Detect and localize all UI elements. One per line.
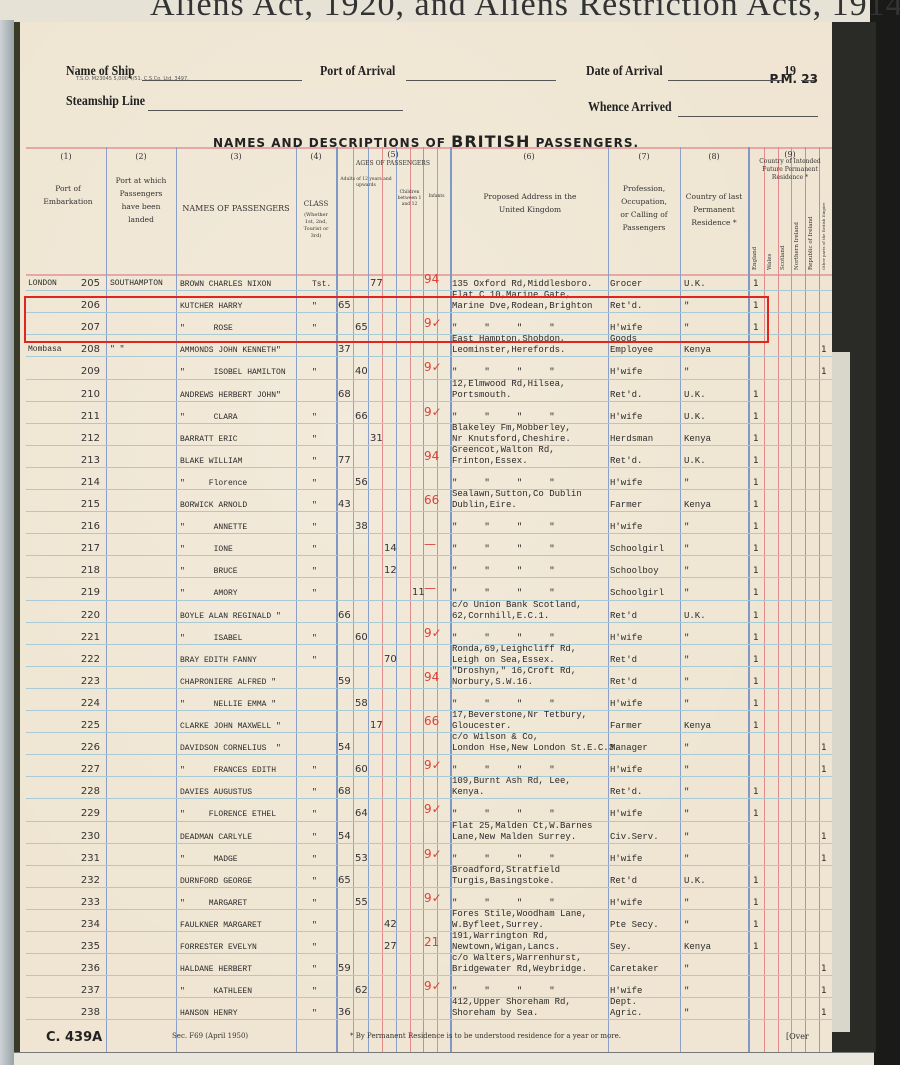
future-residence-mark: 1: [753, 500, 759, 510]
steamship-line-label: Steamship Line: [66, 94, 145, 110]
age-value: 66: [338, 610, 351, 621]
passenger-number: 208: [50, 344, 100, 355]
passenger-number: 212: [50, 433, 100, 444]
last-residence: ": [684, 743, 689, 753]
last-residence: ": [684, 655, 689, 665]
checker-annotation: 21: [424, 935, 439, 949]
class: ": [312, 810, 317, 819]
port-of-arrival-label: Port of Arrival: [320, 64, 395, 80]
table-row: 231" MADGE"53" " " "H'wife"19✓: [20, 845, 832, 867]
future-residence-mark: 1: [753, 809, 759, 819]
address-line-1: " " " ": [452, 699, 555, 709]
occupation: Ret'd: [610, 876, 637, 886]
address-line-2: Portsmouth.: [452, 390, 511, 401]
table-row: 236HALDANE HERBERT"59c/o Walters,Warrenh…: [20, 955, 832, 977]
age-value: 64: [355, 808, 368, 819]
checker-annotation: 94: [424, 272, 439, 286]
address-line-1: Blakeley Fm,Mobberley,: [452, 423, 571, 434]
future-residence-mark: 1: [753, 390, 759, 400]
passenger-name: CHAPRONIERE ALFRED ": [180, 678, 276, 687]
occupation-line-2: Agric.: [610, 1008, 642, 1018]
address-line-1: " " " ": [452, 898, 555, 908]
address-line-2: Turgis,Basingstoke.: [452, 876, 555, 887]
address-line-1: 412,Upper Shoreham Rd,: [452, 997, 571, 1008]
last-residence: ": [684, 964, 689, 974]
table-row: 237" KATHLEEN"62" " " "H'wife"19✓: [20, 977, 832, 999]
passenger-number: 218: [50, 565, 100, 576]
age-value: 55: [355, 897, 368, 908]
last-residence: Kenya: [684, 434, 711, 444]
col3-header: NAMES OF PASSENGERS: [176, 202, 296, 215]
occupation: H'wife: [610, 522, 642, 532]
passenger-number: 238: [50, 1007, 100, 1018]
future-residence-mark: 1: [753, 787, 759, 797]
future-residence-mark: 1: [821, 345, 827, 355]
col5-adults-header: Adults of 12 years and upwards: [338, 177, 394, 189]
col9-england: England: [752, 247, 758, 270]
binder-edge: [0, 20, 14, 1065]
address-line-1: c/o Walters,Warrenhurst,: [452, 953, 582, 964]
occupation: Sey.: [610, 942, 632, 952]
class: ": [312, 943, 317, 952]
whence-arrived-line: [678, 116, 818, 117]
year-line: [801, 80, 815, 81]
address-line-1: 135 Oxford Rd,Middlesboro.: [452, 279, 592, 289]
passenger-number: 232: [50, 875, 100, 886]
checker-annotation: 9✓: [424, 758, 442, 772]
address-line-1: " " " ": [452, 765, 555, 775]
age-value: 36: [338, 1007, 351, 1018]
address-line-1: " " " ": [452, 544, 555, 554]
passenger-name: DURNFORD GEORGE: [180, 877, 252, 886]
class: ": [312, 457, 317, 466]
passenger-name: BRAY EDITH FANNY: [180, 656, 257, 665]
passenger-name: BORWICK ARNOLD: [180, 501, 247, 510]
address-line-2: Nr Knutsford,Cheshire.: [452, 434, 571, 445]
passenger-name: " CLARA: [180, 413, 238, 422]
future-residence-mark: 1: [821, 1008, 827, 1018]
class: ": [312, 656, 317, 665]
passenger-name: " ISOBEL HAMILTON: [180, 368, 286, 377]
over-marker: [Over: [786, 1032, 809, 1041]
address-line-1: " " " ": [452, 478, 555, 488]
address-line-2: Lane,New Malden Surrey.: [452, 832, 576, 843]
passenger-name: AMMONDS JOHN KENNETH": [180, 346, 281, 355]
age-value: 68: [338, 389, 351, 400]
date-of-arrival-line: [668, 80, 782, 81]
passenger-number: 231: [50, 853, 100, 864]
passenger-name: ANDREWS HERBERT JOHN": [180, 391, 281, 400]
class: ": [312, 833, 317, 842]
last-residence: ": [684, 588, 689, 598]
table-row: 215BORWICK ARNOLD"43Sealawn,Sutton,Co Du…: [20, 491, 832, 513]
passenger-name: BLAKE WILLIAM: [180, 457, 242, 466]
address-line-1: 191,Warrington Rd,: [452, 931, 549, 942]
occupation: Pte Secy.: [610, 920, 659, 930]
address-line-2: W.Byfleet,Surrey.: [452, 920, 544, 931]
underlying-page: Aliens Act, 1920, and Aliens Restriction…: [0, 0, 870, 24]
last-residence: ": [684, 787, 689, 797]
col2-number: (2): [106, 152, 176, 161]
address-line-2: Frinton,Essex.: [452, 456, 528, 467]
col3-number: (3): [176, 152, 296, 161]
checker-annotation: 66: [424, 493, 439, 507]
future-residence-mark: 1: [753, 279, 759, 289]
address-line-2: Leigh on Sea,Essex.: [452, 655, 555, 666]
col5-infants-header: Infants: [423, 194, 450, 200]
table-row: 232DURNFORD GEORGE"65Broadford,Stratfiel…: [20, 867, 832, 889]
address-line-1: " " " ": [452, 986, 555, 996]
address-line-1: " " " ": [452, 854, 555, 864]
table-row: 220BOYLE ALAN REGINALD "66c/o Union Bank…: [20, 602, 832, 624]
address-line-1: Fores Stile,Woodham Lane,: [452, 909, 587, 920]
address-line-1: "Droshyn," 16,Croft Rd,: [452, 666, 576, 677]
address-line-1: Ronda,69,Leighcliff Rd,: [452, 644, 576, 655]
passenger-number: 234: [50, 919, 100, 930]
passenger-name: " FRANCES EDITH: [180, 766, 276, 775]
col8-number: (8): [680, 152, 748, 161]
passenger-number: 214: [50, 477, 100, 488]
passenger-number: 233: [50, 897, 100, 908]
table-row: 227" FRANCES EDITH"60" " " "H'wife"19✓: [20, 756, 832, 778]
occupation: H'wife: [610, 367, 642, 377]
table-row: 223CHAPRONIERE ALFRED "59"Droshyn," 16,C…: [20, 668, 832, 690]
passenger-name: DAVIDSON CORNELIUS ": [180, 744, 281, 753]
age-value: 43: [338, 499, 351, 510]
future-residence-mark: 1: [753, 434, 759, 444]
age-value: 37: [338, 344, 351, 355]
year-prefix: 19: [784, 64, 796, 80]
occupation: Herdsman: [610, 434, 653, 444]
port-landed: " ": [110, 345, 124, 354]
name-of-ship-line: [142, 80, 302, 81]
occupation: H'wife: [610, 478, 642, 488]
occupation: H'wife: [610, 898, 642, 908]
last-residence: Kenya: [684, 942, 711, 952]
last-residence: ": [684, 832, 689, 842]
age-value: 60: [355, 632, 368, 643]
future-residence-mark: 1: [753, 588, 759, 598]
future-residence-mark: 1: [753, 522, 759, 532]
occupation: Schoolboy: [610, 566, 659, 576]
last-residence: U.K.: [684, 279, 706, 289]
passenger-number: 209: [50, 366, 100, 377]
age-value: 65: [338, 875, 351, 886]
age-value: 14: [384, 543, 397, 554]
age-value: 54: [338, 742, 351, 753]
age-value: 68: [338, 786, 351, 797]
occupation: Farmer: [610, 500, 642, 510]
footnote: * By Permanent Residence is to be unders…: [350, 1032, 621, 1040]
steamship-line-line: [148, 110, 403, 111]
future-residence-mark: 1: [821, 367, 827, 377]
last-residence: Kenya: [684, 721, 711, 731]
table-row: 214" Florence"56" " " "H'wife"1: [20, 469, 832, 491]
table-row: 234FAULKNER MARGARET"42Fores Stile,Woodh…: [20, 911, 832, 933]
passenger-name: " Florence: [180, 479, 247, 488]
passenger-name: BOYLE ALAN REGINALD ": [180, 612, 281, 621]
passenger-name: " NELLIE EMMA ": [180, 700, 276, 709]
passenger-number: 216: [50, 521, 100, 532]
address-line-1: Greencot,Walton Rd,: [452, 445, 555, 456]
table-row: 218" BRUCE"12" " " "Schoolboy"1: [20, 557, 832, 579]
col4-number: (4): [296, 152, 336, 161]
class: ": [312, 479, 317, 488]
passenger-name: " ISABEL: [180, 634, 242, 643]
name-of-ship-label: Name of Ship: [66, 64, 135, 80]
age-value: 66: [355, 411, 368, 422]
passenger-name: " ANNETTE: [180, 523, 247, 532]
last-residence: ": [684, 765, 689, 775]
address-line-1: 109,Burnt Ash Rd, Lee,: [452, 776, 571, 787]
address-line-2: London Hse,New London St.E.C.3.: [452, 743, 619, 754]
table-row: 212BARRATT ERIC"31Blakeley Fm,Mobberley,…: [20, 425, 832, 447]
occupation: Farmer: [610, 721, 642, 731]
col8-header: Country of last Permanent Residence *: [682, 190, 746, 229]
table-row: 219" AMORY"11" " " "Schoolgirl"1—: [20, 579, 832, 601]
address-line-1: Flat 25,Malden Ct,W.Barnes: [452, 821, 592, 832]
checker-annotation: 9✓: [424, 979, 442, 993]
address-line-2: Bridgewater Rd,Weybridge.: [452, 964, 587, 975]
age-value: 40: [355, 366, 368, 377]
passenger-number: 221: [50, 632, 100, 643]
table-row: 216" ANNETTE"38" " " "H'wife"1: [20, 513, 832, 535]
table-row: 238HANSON HENRY"36412,Upper Shoreham Rd,…: [20, 999, 832, 1021]
passenger-number: 226: [50, 742, 100, 753]
passenger-number: 215: [50, 499, 100, 510]
address-line-2: Gloucester.: [452, 721, 511, 732]
address-line-1: Broadford,Stratfield: [452, 865, 560, 876]
future-residence-mark: 1: [753, 611, 759, 621]
passenger-number: 230: [50, 831, 100, 842]
occupation-line-1: Dept.: [610, 997, 637, 1007]
age-value: 54: [338, 831, 351, 842]
class: ": [312, 788, 317, 797]
class: ": [312, 855, 317, 864]
col9-northern-ireland: Northern Ireland: [794, 222, 800, 270]
occupation: Caretaker: [610, 964, 659, 974]
last-residence: ": [684, 566, 689, 576]
occupation: H'wife: [610, 854, 642, 864]
class: Tst.: [312, 280, 331, 289]
age-value: 56: [355, 477, 368, 488]
future-residence-mark: 1: [821, 832, 827, 842]
age-value: 31: [370, 433, 383, 444]
occupation: Grocer: [610, 279, 642, 289]
col9-republic-ireland: Republic of Ireland: [808, 216, 814, 270]
occupation: Schoolgirl: [610, 588, 664, 598]
class: ": [312, 368, 317, 377]
checker-annotation: 9✓: [424, 847, 442, 861]
last-residence: U.K.: [684, 876, 706, 886]
last-residence: ": [684, 522, 689, 532]
passenger-number: 224: [50, 698, 100, 709]
age-value: 77: [338, 455, 351, 466]
passenger-name: " BRUCE: [180, 567, 238, 576]
port-landed: SOUTHAMPTON: [110, 279, 163, 288]
last-residence: ": [684, 367, 689, 377]
address-line-2: Norbury,S.W.16.: [452, 677, 533, 688]
address-line-1: c/o Wilson & Co,: [452, 732, 538, 743]
passenger-number: 205: [50, 278, 100, 289]
passenger-name: HALDANE HERBERT: [180, 965, 252, 974]
table-row: 221" ISABEL"60" " " "H'wife"19✓: [20, 624, 832, 646]
occupation: Civ.Serv.: [610, 832, 659, 842]
col9-other-empire: Other parts of the British Empire: [821, 202, 826, 270]
occupation: Ret'd: [610, 655, 637, 665]
class: ": [312, 766, 317, 775]
last-residence: ": [684, 920, 689, 930]
age-value: 59: [338, 676, 351, 687]
age-value: 70: [384, 654, 397, 665]
last-residence: ": [684, 898, 689, 908]
age-value: 59: [338, 963, 351, 974]
passenger-number: 219: [50, 587, 100, 598]
col2-header: Port at which Passengers have been lande…: [112, 174, 170, 226]
address-line-2: Shoreham by Sea.: [452, 1008, 538, 1019]
address-line-1: 12,Elmwood Rd,Hilsea,: [452, 379, 565, 390]
col5-header: AGES OF PASSENGERS: [336, 159, 450, 168]
page-stack-edge: [832, 22, 876, 1052]
table-row: 213BLAKE WILLIAM"77Greencot,Walton Rd,Fr…: [20, 447, 832, 469]
address-line-2: Newtown,Wigan,Lancs.: [452, 942, 560, 953]
passenger-name: " MADGE: [180, 855, 238, 864]
col5-number: (5): [336, 150, 450, 159]
table-row: 229" FLORENCE ETHEL"64" " " "H'wife"19✓: [20, 800, 832, 822]
address-line-1: " " " ": [452, 566, 555, 576]
age-value: 17: [370, 720, 383, 731]
future-residence-mark: 1: [753, 898, 759, 908]
age-value: 38: [355, 521, 368, 532]
class: ": [312, 965, 317, 974]
table-row: 235FORRESTER EVELYN"27191,Warrington Rd,…: [20, 933, 832, 955]
passenger-name: DAVIES AUGUSTUS: [180, 788, 252, 797]
col1-header: Port of Embarkation: [40, 182, 96, 208]
passenger-number: 211: [50, 411, 100, 422]
future-residence-mark: 1: [753, 456, 759, 466]
last-residence: ": [684, 986, 689, 996]
col5-children-header: Children between 1 and 12: [396, 190, 423, 208]
age-value: 53: [355, 853, 368, 864]
address-line-1: c/o Union Bank Scotland,: [452, 600, 582, 611]
port-of-arrival-line: [406, 80, 556, 81]
passenger-number: 228: [50, 786, 100, 797]
passenger-name: FAULKNER MARGARET: [180, 921, 262, 930]
passenger-number: 210: [50, 389, 100, 400]
future-residence-mark: 1: [753, 655, 759, 665]
passenger-number: 237: [50, 985, 100, 996]
checker-annotation: 94: [424, 449, 439, 463]
table-row: LONDON205SOUTHAMPTONBROWN CHARLES NIXONT…: [20, 270, 832, 292]
last-residence: U.K.: [684, 611, 706, 621]
occupation: Ret'd: [610, 611, 637, 621]
occupation: Ret'd: [610, 677, 637, 687]
class: ": [312, 921, 317, 930]
checker-annotation: 66: [424, 714, 439, 728]
passenger-number: 229: [50, 808, 100, 819]
last-residence: ": [684, 633, 689, 643]
age-value: 42: [384, 919, 397, 930]
passenger-manifest-page: T.S.O. M23045 5,000 4/51. C.S.Co. Ltd. 3…: [20, 22, 832, 1052]
form-section: Sec. F69 (April 1950): [172, 1032, 248, 1040]
occupation-line-2: Employee: [610, 345, 653, 355]
occupation: H'wife: [610, 765, 642, 775]
occupation: Ret'd.: [610, 456, 642, 466]
table-row: 233" MARGARET"55" " " "H'wife"19✓: [20, 889, 832, 911]
address-line-1: Sealawn,Sutton,Co Dublin: [452, 489, 582, 500]
last-residence: U.K.: [684, 456, 706, 466]
class: ": [312, 987, 317, 996]
col1-number: (1): [26, 152, 106, 161]
checker-annotation: 94: [424, 670, 439, 684]
occupation: Schoolgirl: [610, 544, 664, 554]
occupation: H'wife: [610, 809, 642, 819]
table-row: 217" IONE"14" " " "Schoolgirl"1—: [20, 535, 832, 557]
highlight-box-rows-206-207: [24, 296, 769, 343]
table-row: 222BRAY EDITH FANNY"70Ronda,69,Leighclif…: [20, 646, 832, 668]
class: ": [312, 523, 317, 532]
occupation: Manager: [610, 743, 648, 753]
occupation: Ret'd.: [610, 787, 642, 797]
passenger-name: " IONE: [180, 545, 233, 554]
address-line-1: " " " ": [452, 367, 555, 377]
underlying-page-text: Aliens Act, 1920, and Aliens Restriction…: [150, 0, 900, 24]
address-line-1: " " " ": [452, 633, 555, 643]
col4-subheader: (Whether 1st, 2nd, Tourist or 3rd): [300, 212, 332, 240]
col9-wales: Wales: [767, 254, 773, 270]
future-residence-mark: 1: [753, 920, 759, 930]
page-below: [14, 1052, 874, 1065]
passenger-number: 220: [50, 610, 100, 621]
table-row: 230DEADMAN CARLYLE"54Flat 25,Malden Ct,W…: [20, 823, 832, 845]
passenger-number: 225: [50, 720, 100, 731]
class: ": [312, 501, 317, 510]
form-code: C. 439A: [46, 1030, 102, 1045]
col6-header: Proposed Address in the United Kingdom: [480, 190, 580, 216]
age-value: 11: [412, 587, 425, 598]
future-residence-mark: 1: [753, 942, 759, 952]
class: ": [312, 589, 317, 598]
checker-annotation: 9✓: [424, 626, 442, 640]
passenger-name: " AMORY: [180, 589, 238, 598]
checker-annotation: —: [424, 581, 436, 595]
address-line-2: Kenya.: [452, 787, 484, 798]
age-value: 12: [384, 565, 397, 576]
future-residence-mark: 1: [753, 721, 759, 731]
future-residence-mark: 1: [753, 566, 759, 576]
last-residence: Kenya: [684, 345, 711, 355]
table-row: 225CLARKE JOHN MAXWELL "1717,Beverstone,…: [20, 712, 832, 734]
class: ": [312, 1009, 317, 1018]
passenger-number: 217: [50, 543, 100, 554]
class: ": [312, 634, 317, 643]
age-value: 62: [355, 985, 368, 996]
passenger-name: " FLORENCE ETHEL: [180, 810, 276, 819]
passenger-name: BARRATT ERIC: [180, 435, 238, 444]
checker-annotation: 9✓: [424, 405, 442, 419]
last-residence: ": [684, 809, 689, 819]
future-residence-mark: 1: [821, 986, 827, 996]
col7-number: (7): [608, 152, 680, 161]
passenger-name: BROWN CHARLES NIXON: [180, 280, 271, 289]
occupation: H'wife: [610, 633, 642, 643]
last-residence: ": [684, 699, 689, 709]
table-row: 209" ISOBEL HAMILTON"40" " " "H'wife"19✓: [20, 358, 832, 380]
passenger-name: " MARGARET: [180, 899, 247, 908]
age-value: 60: [355, 764, 368, 775]
col4-header: CLASS: [296, 198, 336, 211]
address-line-1: " " " ": [452, 522, 555, 532]
